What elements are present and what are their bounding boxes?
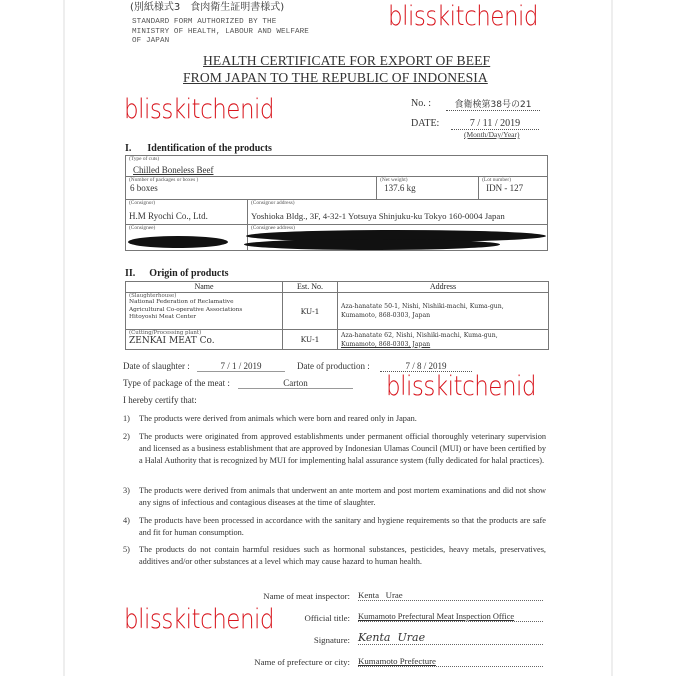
est-no-cell: KU-1 [283, 293, 338, 330]
field-label: (Consignor) [129, 200, 244, 206]
authority-line: OF JAPAN [132, 37, 309, 47]
certification-item: 3) The products were derived from animal… [139, 485, 546, 509]
section-number: II. [125, 268, 135, 279]
item-number: 3) [123, 485, 130, 497]
net-weight-cell: (Net weight) 137.6 kg [377, 177, 479, 200]
consignor-address-cell: (Consignor address) Yoshioka Bldg., 3F, … [248, 200, 548, 225]
origin-name-cell: (Slaughterhouse) National Federation of … [126, 293, 283, 330]
prefecture-value: Kumamoto Prefecture [358, 656, 543, 667]
official-title-value: Kumamoto Prefectural Meat Inspection Off… [358, 612, 543, 622]
inspector-name: Kenta Urae [358, 590, 543, 601]
cert-no-value: 食衛検第38号の21 [446, 97, 540, 111]
watermark: blisskitchenid [124, 95, 274, 125]
origin-address-cell: Aza-hanatate 62, Nishi, Nishiki-machi, K… [338, 330, 549, 350]
origin-name-line: Agricultural Co-operative Associations [129, 307, 279, 315]
certification-item: 1) The products were derived from animal… [139, 413, 546, 425]
item-text: The products were derived from animals t… [139, 486, 546, 507]
column-header-address: Address [338, 282, 549, 293]
item-text: The products were originated from approv… [139, 432, 546, 465]
signature-label: Signature: [314, 635, 350, 645]
field-label: (Consignee) [129, 225, 244, 231]
date-value: 7 / 11 / 2019 [451, 118, 539, 130]
column-header-est-no: Est. No. [283, 282, 338, 293]
consignor-cell: (Consignor) H.M Ryochi Co., Ltd. [126, 200, 248, 225]
certification-item: 2) The products were originated from app… [139, 431, 546, 467]
address-line: Kumamoto, 868-0303, Japan [341, 340, 545, 349]
item-text: The products do not contain harmful resi… [139, 545, 546, 566]
page-edge-right [611, 0, 613, 676]
section-title: Identification of the products [147, 143, 272, 154]
consignor-value: H.M Ryochi Co., Ltd. [129, 211, 244, 221]
package-type-label: Type of package of the meat : [123, 378, 230, 388]
certify-intro: I hereby certify that: [123, 395, 197, 405]
origin-name-line: ZENKAI MEAT Co. [129, 336, 279, 346]
item-number: 4) [123, 515, 130, 527]
certificate-title-line1: HEALTH CERTIFICATE FOR EXPORT OF BEEF [203, 53, 490, 69]
watermark: blisskitchenid [388, 2, 538, 32]
slaughter-date-value: 7 / 1 / 2019 [197, 361, 285, 372]
package-type-value: Carton [238, 378, 353, 389]
packages-value: 6 boxes [129, 183, 373, 193]
official-title-label: Official title: [304, 613, 350, 623]
authority-text: STANDARD FORM AUTHORIZED BY THE MINISTRY… [132, 18, 309, 47]
section-title: Origin of products [149, 268, 228, 279]
net-weight-value: 137.6 kg [380, 183, 475, 193]
type-of-cuts-cell: (Type of cuts) Chilled Boneless Beef [126, 156, 548, 177]
item-number: 5) [123, 544, 130, 556]
authority-line: MINISTRY OF HEALTH, LABOUR AND WELFARE [132, 28, 309, 38]
type-of-cuts-value: Chilled Boneless Beef [129, 165, 544, 175]
certification-item: 5) The products do not contain harmful r… [139, 544, 546, 568]
certificate-title-line2: FROM JAPAN TO THE REPUBLIC OF INDONESIA [183, 70, 488, 86]
item-text: The products were derived from animals w… [139, 414, 417, 423]
section1-heading: I.Identification of the products [125, 143, 272, 154]
date-label: DATE: [411, 118, 439, 129]
item-text: The products have been processed in acco… [139, 516, 546, 537]
origin-name-line: National Federation of Reclamative [129, 299, 279, 307]
section-number: I. [125, 143, 131, 154]
origin-address-cell: Aza-hanatate 50-1, Nishi, Nishiki-machi,… [338, 293, 549, 330]
address-line: Aza-hanatate 50-1, Nishi, Nishiki-machi,… [341, 302, 545, 311]
item-number: 2) [123, 431, 130, 443]
signature-value: Kenta Urae [358, 631, 543, 645]
production-date-value: 7 / 8 / 2019 [380, 361, 472, 372]
field-label: (Type of cuts) [129, 156, 544, 162]
watermark: blisskitchenid [386, 372, 536, 402]
table-row: (Slaughterhouse) National Federation of … [126, 293, 549, 330]
redaction-consignee-address [244, 239, 500, 250]
packages-cell: (Number of packages or boxes ) 6 boxes [126, 177, 377, 200]
address-line: Kumamoto, 868-0303, Japan [341, 311, 545, 320]
origin-table: Name Est. No. Address (Slaughterhouse) N… [125, 281, 549, 350]
redaction-consignee [128, 236, 228, 248]
certification-item: 4) The products have been processed in a… [139, 515, 546, 539]
page-edge-left [63, 0, 65, 676]
field-label: (Consignor address) [251, 200, 544, 206]
authority-line: STANDARD FORM AUTHORIZED BY THE [132, 18, 309, 28]
production-date-label: Date of production : [297, 361, 370, 371]
origin-name-cell: (Cutting/Processing plant) ZENKAI MEAT C… [126, 330, 283, 350]
lot-number-value: IDN - 127 [482, 183, 544, 193]
column-header-name: Name [126, 282, 283, 293]
section2-heading: II.Origin of products [125, 268, 229, 279]
watermark: blisskitchenid [124, 605, 274, 635]
form-label-jp: (別紙様式3 食肉衛生証明書様式) [130, 0, 284, 13]
item-number: 1) [123, 413, 130, 425]
table-row: (Cutting/Processing plant) ZENKAI MEAT C… [126, 330, 549, 350]
lot-number-cell: (Lot number) IDN - 127 [479, 177, 548, 200]
cert-no-label: No. : [411, 98, 431, 109]
slaughter-date-label: Date of slaughter : [123, 361, 190, 371]
est-no-cell: KU-1 [283, 330, 338, 350]
inspector-label: Name of meat inspector: [263, 591, 350, 601]
consignor-address-value: Yoshioka Bldg., 3F, 4-32-1 Yotsuya Shinj… [251, 211, 544, 221]
origin-name-line: Hitoyoshi Meat Center [129, 314, 279, 322]
address-line: Aza-hanatate 62, Nishi, Nishiki-machi, K… [341, 331, 545, 340]
prefecture-label: Name of prefecture or city: [254, 657, 350, 667]
date-format-hint: (Month/Day/Year) [464, 130, 519, 139]
